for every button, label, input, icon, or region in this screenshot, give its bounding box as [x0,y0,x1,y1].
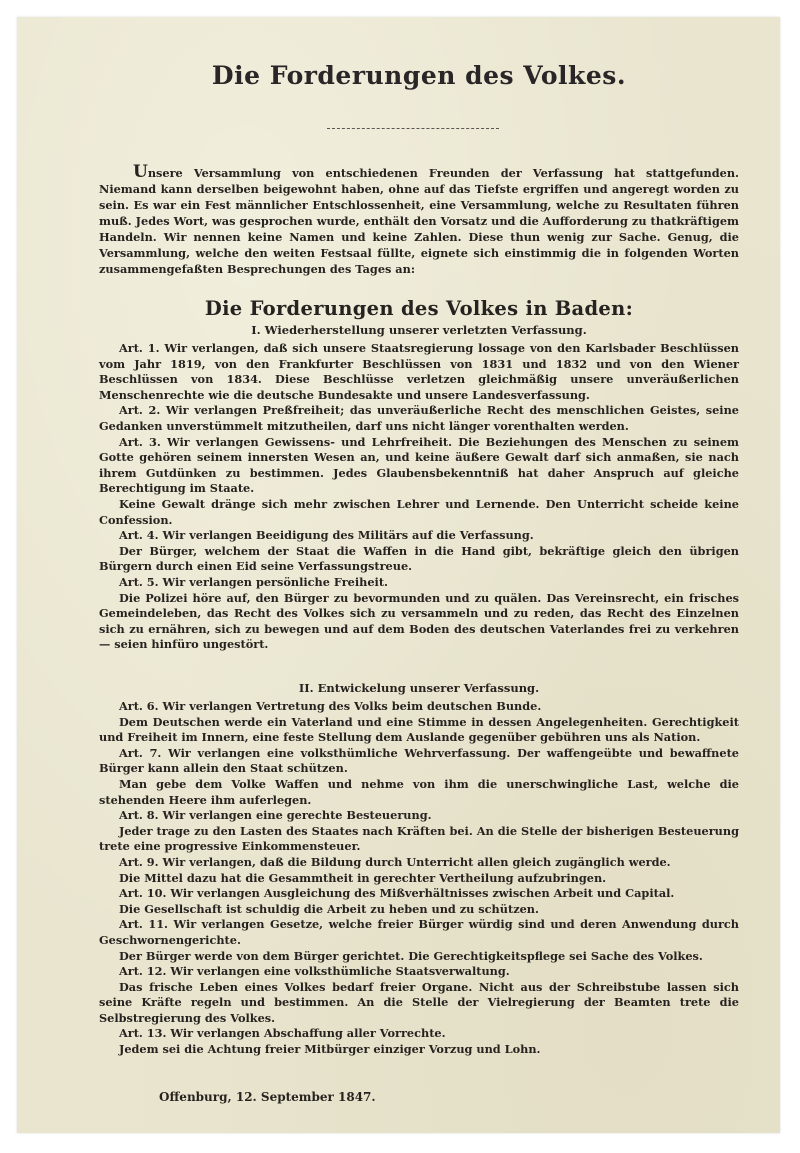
article-10: Art. 10. Wir verlangen Ausgleichung des … [99,886,739,902]
article-9: Art. 9. Wir verlangen, daß die Bildung d… [99,855,739,871]
section-heading-1: I. Wiederherstellung unserer verletzten … [99,323,739,337]
article-7: Art. 7. Wir verlangen eine volksthümlich… [99,746,739,777]
article-3-note: Keine Gewalt dränge sich mehr zwischen L… [99,497,739,528]
article-4-note: Der Bürger, welchem der Staat die Waffen… [99,544,739,575]
article-11-note: Der Bürger werde von dem Bürger gerichte… [99,949,739,965]
article-12: Art. 12. Wir verlangen eine volksthümlic… [99,964,739,980]
document-subtitle: Die Forderungen des Volkes in Baden: [99,297,739,320]
article-9-note: Die Mittel dazu hat die Gesammtheit in g… [99,871,739,887]
article-2: Art. 2. Wir verlangen Preßfreiheit; das … [99,403,739,434]
section-heading-2: II. Entwickelung unserer Verfassung. [99,681,739,695]
article-4: Art. 4. Wir verlangen Beeidigung des Mil… [99,528,739,544]
article-8-note: Jeder trage zu den Lasten des Staates na… [99,824,739,855]
intro-paragraph: Unsere Versammlung von entschiedenen Fre… [99,164,739,277]
article-10-note: Die Gesellschaft ist schuldig die Arbeit… [99,902,739,918]
article-6: Art. 6. Wir verlangen Vertretung des Vol… [99,699,739,715]
section-2-articles: Art. 6. Wir verlangen Vertretung des Vol… [99,699,739,1058]
section-1-articles: Art. 1. Wir verlangen, daß sich unsere S… [99,341,739,653]
intro-initial: U [133,162,148,182]
article-13-note: Jedem sei die Achtung freier Mitbürger e… [99,1042,739,1058]
place-date-signature: Offenburg, 12. September 1847. [159,1090,376,1104]
article-5: Art. 5. Wir verlangen persönliche Freihe… [99,575,739,591]
document-title: Die Forderungen des Volkes. [99,61,739,90]
title-divider [327,128,499,130]
article-8: Art. 8. Wir verlangen eine gerechte Best… [99,808,739,824]
article-3: Art. 3. Wir verlangen Gewissens- und Leh… [99,435,739,497]
article-6-note: Dem Deutschen werde ein Vaterland und ei… [99,715,739,746]
document-page: Die Forderungen des Volkes. Unsere Versa… [17,17,780,1133]
article-1: Art. 1. Wir verlangen, daß sich unsere S… [99,341,739,403]
intro-text: nsere Versammlung von entschiedenen Freu… [99,166,739,276]
article-7-note: Man gebe dem Volke Waffen und nehme von … [99,777,739,808]
article-5-note: Die Polizei höre auf, den Bürger zu bevo… [99,591,739,653]
article-13: Art. 13. Wir verlangen Abschaffung aller… [99,1026,739,1042]
article-12-note: Das frische Leben eines Volkes bedarf fr… [99,980,739,1027]
article-11: Art. 11. Wir verlangen Gesetze, welche f… [99,917,739,948]
